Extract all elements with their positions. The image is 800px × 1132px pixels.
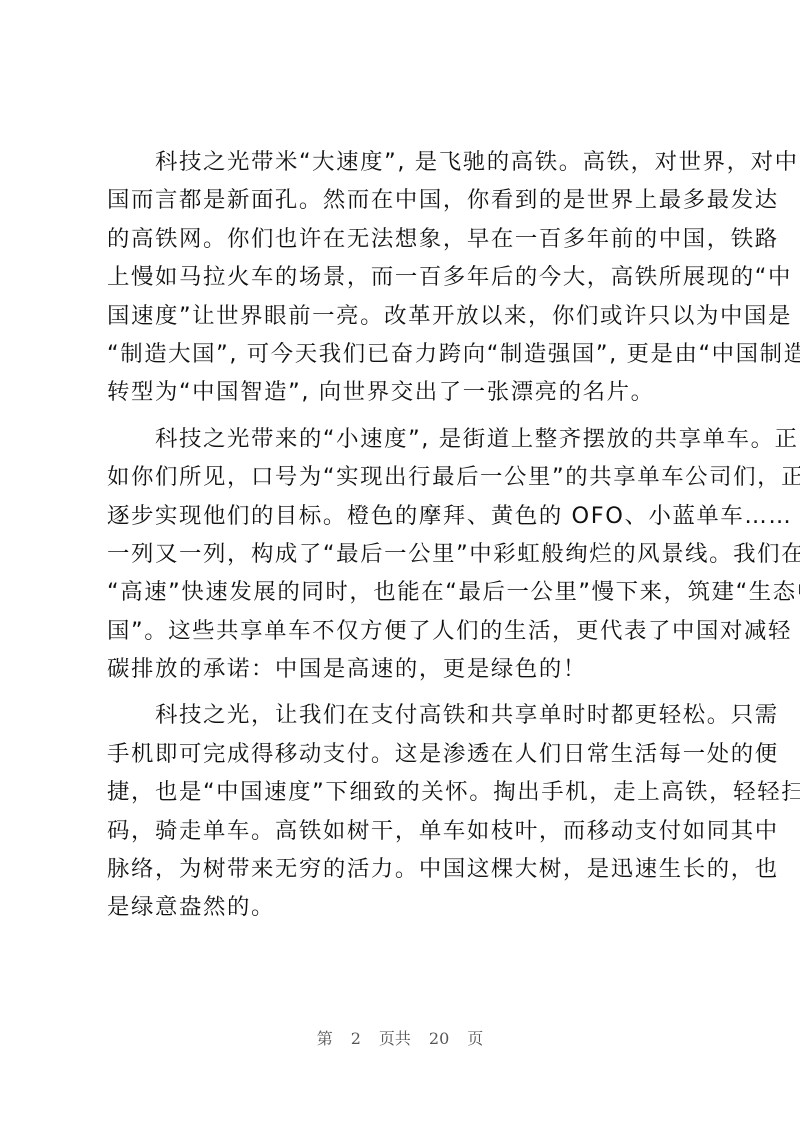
- text-line: 捷，也是“中国速度”下细致的关怀。掏出手机，走上高铁，轻轻扫: [107, 773, 713, 811]
- page-footer: 第2页共20页: [0, 1026, 800, 1049]
- paragraph-3: 科技之光，让我们在支付高铁和共享单时时都更轻松。只需 手机即可完成得移动支付。这…: [107, 696, 713, 926]
- text-line: “制造大国”, 可今天我们已奋力跨向“制造强国”, 更是由“中国制造”: [107, 335, 713, 373]
- document-page: 科技之光带米“大速度”, 是飞驰的高铁。高铁，对世界，对中 国而言都是新面孔。然…: [0, 0, 800, 1132]
- text-line: 国而言都是新面孔。然而在中国，你看到的是世界上最多最发达: [107, 181, 713, 219]
- text-line: 脉络，为树带来无穷的活力。中国这棵大树，是迅速生长的，也: [107, 850, 713, 888]
- text-line: 是绿意盎然的。: [107, 888, 713, 926]
- text-line: “高速”快速发展的同时，也能在“最后一公里”慢下来，筑建“生态中: [107, 573, 713, 611]
- text-line: 的高铁网。你们也许在无法想象，早在一百多年前的中国，铁路: [107, 220, 713, 258]
- text-line: 科技之光带米“大速度”, 是飞驰的高铁。高铁，对世界，对中: [107, 143, 713, 181]
- text-line: 如你们所见，口号为“实现出行最后一公里”的共享单车公司们，正: [107, 458, 713, 496]
- paragraph-1: 科技之光带米“大速度”, 是飞驰的高铁。高铁，对世界，对中 国而言都是新面孔。然…: [107, 143, 713, 412]
- page-label-prefix: 第: [317, 1026, 333, 1049]
- page-label-middle: 页共: [379, 1026, 411, 1049]
- text-line: 手机即可完成得移动支付。这是渗透在人们日常生活每一处的便: [107, 735, 713, 773]
- current-page-number: 2: [351, 1029, 361, 1048]
- text-line: 码，骑走单车。高铁如树干，单车如枝叶，而移动支付如同其中: [107, 812, 713, 850]
- text-line: 一列又一列，构成了“最后一公里”中彩虹般绚烂的风景线。我们在: [107, 535, 713, 573]
- text-line: 国速度”让世界眼前一亮。改革开放以来，你们或许只以为中国是: [107, 297, 713, 335]
- total-pages-number: 20: [429, 1029, 449, 1048]
- text-line: 科技之光，让我们在支付高铁和共享单时时都更轻松。只需: [107, 696, 713, 734]
- body-text: 科技之光带米“大速度”, 是飞驰的高铁。高铁，对世界，对中 国而言都是新面孔。然…: [107, 143, 713, 929]
- text-line: 上慢如马拉火车的场景，而一百多年后的今大，高铁所展现的“中: [107, 258, 713, 296]
- page-label-suffix: 页: [467, 1026, 483, 1049]
- text-line: 国”。这些共享单车不仅方便了人们的生活，更代表了中国对减轻: [107, 612, 713, 650]
- text-line: 科技之光带来的“小速度”, 是街道上整齐摆放的共享单车。正: [107, 420, 713, 458]
- text-line: 碳排放的承诺：中国是高速的，更是绿色的！: [107, 650, 713, 688]
- text-line: 转型为“中国智造”, 向世界交出了一张漂亮的名片。: [107, 373, 713, 411]
- text-line: 逐步实现他们的目标。橙色的摩拜、黄色的 OFO、小蓝单车……: [107, 497, 713, 535]
- paragraph-2: 科技之光带来的“小速度”, 是街道上整齐摆放的共享单车。正 如你们所见，口号为“…: [107, 420, 713, 689]
